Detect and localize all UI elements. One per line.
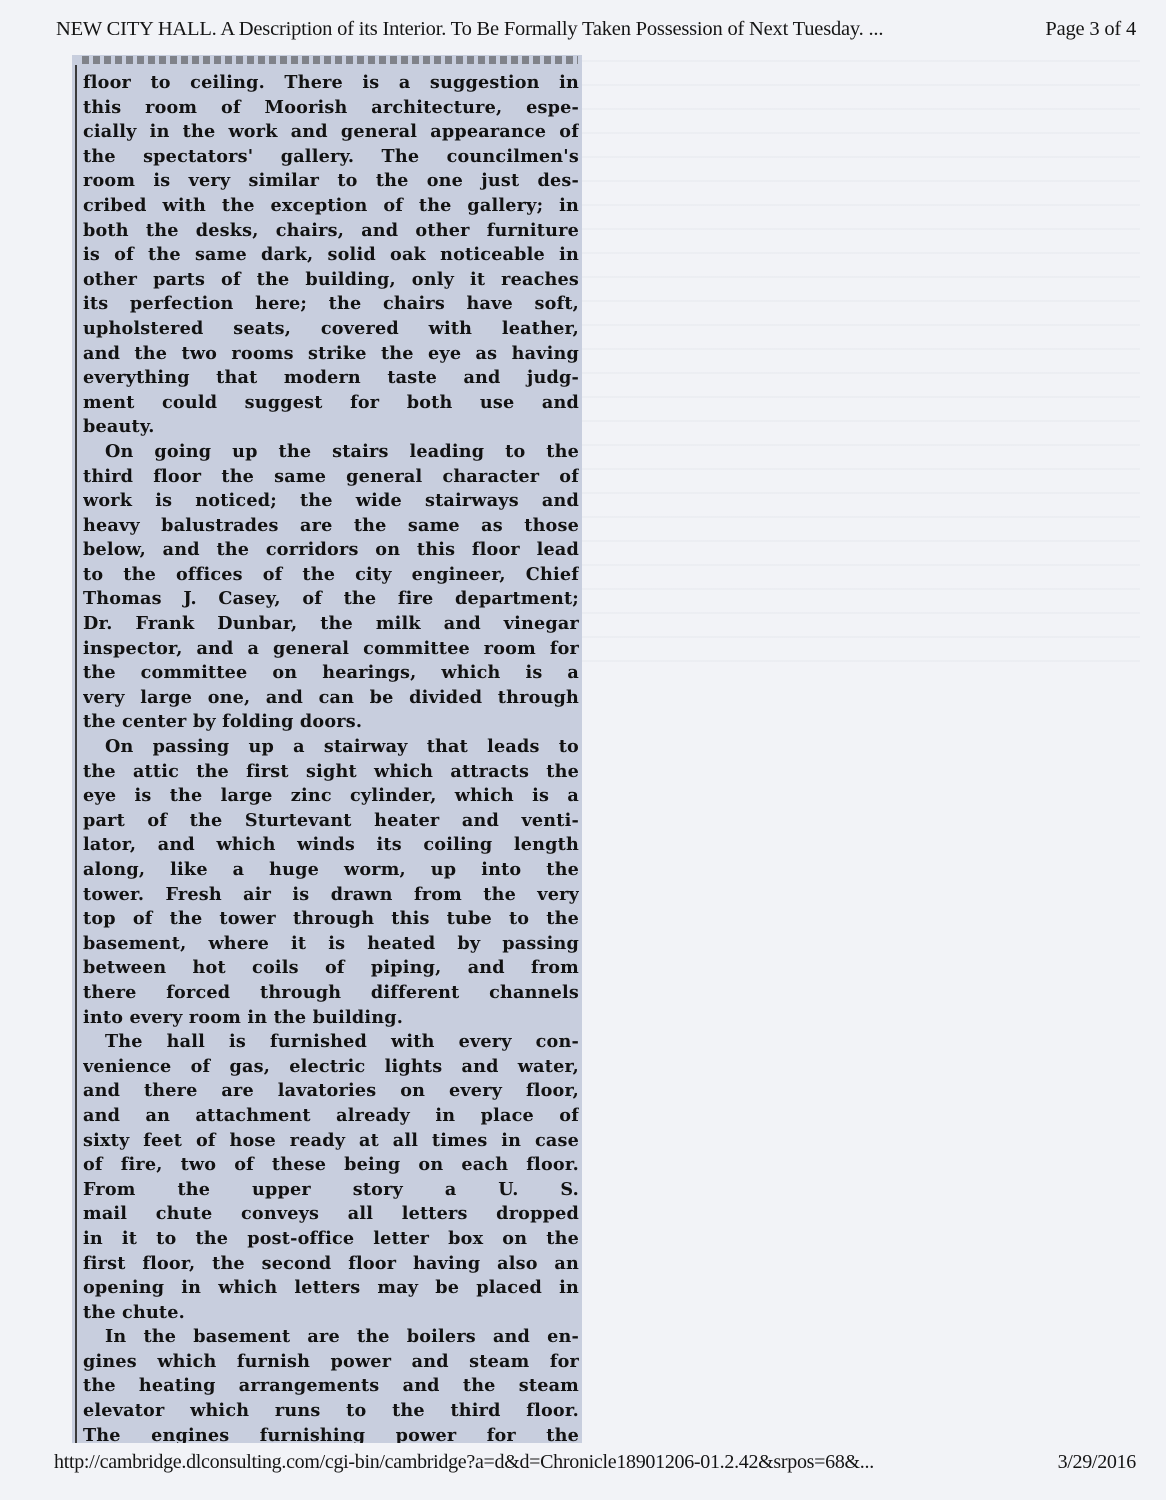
page-indicator: Page 3 of 4	[1045, 18, 1136, 41]
article-line: the attic the first sight which attracts…	[83, 760, 579, 785]
article-line: the spectators' gallery. The councilmen'…	[83, 145, 579, 170]
newspaper-clipping: floor to ceiling. There is a suggestion …	[72, 55, 582, 1443]
print-date: 3/29/2016	[1058, 1451, 1136, 1474]
article-line: top of the tower through this tube to th…	[83, 907, 579, 932]
article-line: both the desks, chairs, and other furnit…	[83, 219, 579, 244]
article-line: eye is the large zinc cylinder, which is…	[83, 784, 579, 809]
print-footer: http://cambridge.dlconsulting.com/cgi-bi…	[54, 1451, 1136, 1474]
article-line: to the offices of the city engineer, Chi…	[83, 563, 579, 588]
article-line: below, and the corridors on this floor l…	[83, 538, 579, 563]
article-paragraph: On passing up a stairway that leads toth…	[83, 735, 579, 1030]
source-url: http://cambridge.dlconsulting.com/cgi-bi…	[54, 1451, 874, 1474]
article-line: The hall is furnished with every con-	[83, 1030, 579, 1055]
article-line: other parts of the building, only it rea…	[83, 268, 579, 293]
document-title: NEW CITY HALL. A Description of its Inte…	[56, 18, 883, 41]
article-line: tower. Fresh air is drawn from the very	[83, 883, 579, 908]
article-line: and the two rooms strike the eye as havi…	[83, 342, 579, 367]
article-line: very large one, and can be divided throu…	[83, 686, 579, 711]
print-header: NEW CITY HALL. A Description of its Inte…	[56, 18, 1136, 41]
column-rule	[75, 65, 77, 1443]
article-line: gines which furnish power and steam for	[83, 1350, 579, 1375]
article-line: into every room in the building.	[83, 1006, 579, 1031]
article-line: room is very similar to the one just des…	[83, 169, 579, 194]
article-line: On passing up a stairway that leads to	[83, 735, 579, 760]
article-line: this room of Moorish architecture, espe-	[83, 96, 579, 121]
page-background-ghosting	[580, 60, 1140, 680]
article-line: In the basement are the boilers and en-	[83, 1325, 579, 1350]
article-line: the center by folding doors.	[83, 710, 579, 735]
article-line: On going up the stairs leading to the	[83, 440, 579, 465]
article-line: cially in the work and general appearanc…	[83, 120, 579, 145]
article-line: heavy balustrades are the same as those	[83, 514, 579, 539]
article-line: venience of gas, electric lights and wat…	[83, 1055, 579, 1080]
clipped-partial-line	[83, 61, 579, 71]
article-line: opening in which letters may be placed i…	[83, 1276, 579, 1301]
article-line: third floor the same general character o…	[83, 465, 579, 490]
article-line: along, like a huge worm, up into the	[83, 858, 579, 883]
article-paragraph: floor to ceiling. There is a suggestion …	[83, 71, 579, 440]
article-line: cribed with the exception of the gallery…	[83, 194, 579, 219]
article-line: lator, and which winds its coiling lengt…	[83, 833, 579, 858]
article-line: basement, where it is heated by passing	[83, 932, 579, 957]
article-line: upholstered seats, covered with leather,	[83, 317, 579, 342]
article-line: is of the same dark, solid oak noticeabl…	[83, 243, 579, 268]
article-line: first floor, the second floor having als…	[83, 1252, 579, 1277]
article-column: floor to ceiling. There is a suggestion …	[83, 61, 579, 1443]
article-line: work is noticed; the wide stairways and	[83, 489, 579, 514]
article-line: sixty feet of hose ready at all times in…	[83, 1129, 579, 1154]
article-line: of fire, two of these being on each floo…	[83, 1153, 579, 1178]
article-line: part of the Sturtevant heater and venti-	[83, 809, 579, 834]
article-line: Thomas J. Casey, of the fire department;	[83, 587, 579, 612]
article-line: between hot coils of piping, and from	[83, 956, 579, 981]
article-line: mail chute conveys all letters dropped	[83, 1202, 579, 1227]
article-line: and there are lavatories on every floor,	[83, 1079, 579, 1104]
article-paragraph: The hall is furnished with every con-ven…	[83, 1030, 579, 1325]
article-line: elevator which runs to the third floor.	[83, 1399, 579, 1424]
article-line: ment could suggest for both use and	[83, 391, 579, 416]
article-line: there forced through different channels	[83, 981, 579, 1006]
article-line: its perfection here; the chairs have sof…	[83, 292, 579, 317]
article-line: floor to ceiling. There is a suggestion …	[83, 71, 579, 96]
article-line: the heating arrangements and the steam	[83, 1374, 579, 1399]
article-line: inspector, and a general committee room …	[83, 637, 579, 662]
article-line: the committee on hearings, which is a	[83, 661, 579, 686]
article-line: everything that modern taste and judg-	[83, 366, 579, 391]
article-line: beauty.	[83, 415, 579, 440]
article-paragraph: In the basement are the boilers and en-g…	[83, 1325, 579, 1443]
article-line: The engines furnishing power for the	[83, 1424, 579, 1443]
article-paragraph: On going up the stairs leading to thethi…	[83, 440, 579, 735]
article-line: the chute.	[83, 1301, 579, 1326]
article-line: and an attachment already in place of	[83, 1104, 579, 1129]
article-line: in it to the post-office letter box on t…	[83, 1227, 579, 1252]
article-line: From the upper story a U. S.	[83, 1178, 579, 1203]
article-line: Dr. Frank Dunbar, the milk and vinegar	[83, 612, 579, 637]
